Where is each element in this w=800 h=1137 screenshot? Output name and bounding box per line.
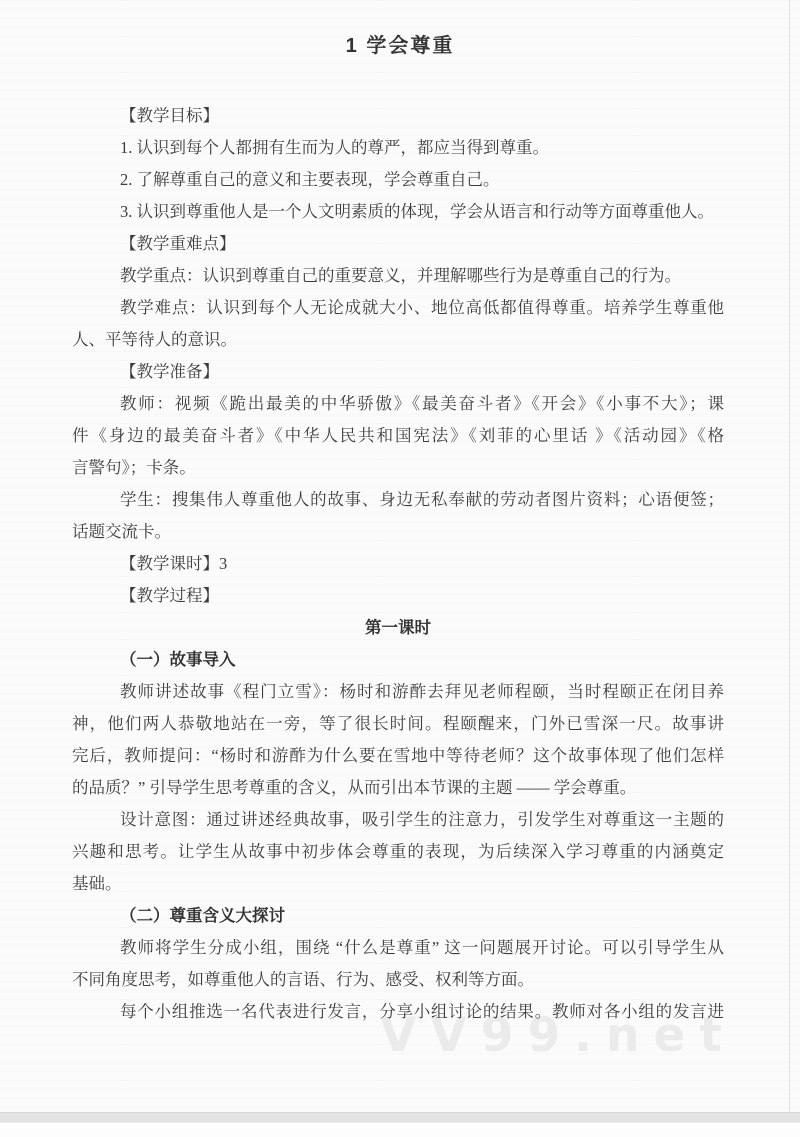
doc-line: 3. 认识到尊重他人是一个人文明素质的体现，学会从语言和行动等方面尊重他人。 — [72, 196, 724, 228]
doc-line: 不同角度思考，如尊重他人的言语、行为、感受、权利等方面。 — [72, 964, 724, 996]
doc-line: 教师将学生分成小组，围绕 “什么是尊重” 这一问题展开讨论。可以引导学生从 — [72, 932, 724, 964]
next-page-top — [0, 1123, 800, 1137]
doc-line: 话题交流卡。 — [72, 516, 724, 548]
doc-line: 的品质？” 引导学生思考尊重的含义，从而引出本节课的主题 —— 学会尊重。 — [72, 772, 724, 804]
page-separator — [0, 1112, 800, 1123]
doc-line: 设计意图：通过讲述经典故事，吸引学生的注意力，引发学生对尊重这一主题的 — [72, 804, 724, 836]
doc-line: 完后，教师提问：“杨时和游酢为什么要在雪地中等待老师？这个故事体现了他们怎样 — [72, 740, 724, 772]
doc-line: 1. 认识到每个人都拥有生而为人的尊严，都应当得到尊重。 — [72, 132, 724, 164]
section-heading: 【教学准备】 — [72, 356, 724, 388]
doc-line: 2. 了解尊重自己的意义和主要表现，学会尊重自己。 — [72, 164, 724, 196]
doc-line: 件《身边的最美奋斗者》《中华人民共和国宪法》《刘菲的心里话 》《活动园》《格 — [72, 420, 724, 452]
document-page: VV99.net 1 学会尊重 【教学目标】1. 认识到每个人都拥有生而为人的尊… — [0, 0, 800, 1112]
doc-line: 教师讲述故事《程门立雪》：杨时和游酢去拜见老师程颐，当时程颐正在闭目养 — [72, 676, 724, 708]
doc-line: 教师：视频《跪出最美的中华骄傲》《最美奋斗者》《开会》《小事不大》；课 — [72, 388, 724, 420]
section-heading: 【教学课时】3 — [72, 548, 724, 580]
document-body: 【教学目标】1. 认识到每个人都拥有生而为人的尊严，都应当得到尊重。2. 了解尊… — [72, 100, 724, 1028]
page-title: 1 学会尊重 — [0, 33, 800, 59]
session-heading: 第一课时 — [72, 612, 724, 644]
page-edge-line — [789, 0, 790, 1112]
doc-line: 教学重点：认识到尊重自己的重要意义，并理解哪些行为是尊重自己的行为。 — [72, 260, 724, 292]
doc-line: 每个小组推选一名代表进行发言，分享小组讨论的结果。教师对各小组的发言进 — [72, 996, 724, 1028]
section-heading: 【教学过程】 — [72, 580, 724, 612]
doc-line: 言警句》；卡条。 — [72, 452, 724, 484]
doc-line: 教学难点：认识到每个人无论成就大小、地位高低都值得尊重。培养学生尊重他 — [72, 292, 724, 324]
doc-line: 人、平等待人的意识。 — [72, 324, 724, 356]
doc-line: 基础。 — [72, 868, 724, 900]
doc-line: 学生：搜集伟人尊重他人的故事、身边无私奉献的劳动者图片资料；心语便签； — [72, 484, 724, 516]
section-heading: 【教学重难点】 — [72, 228, 724, 260]
section-heading: 【教学目标】 — [72, 100, 724, 132]
activity-heading: （二）尊重含义大探讨 — [72, 900, 724, 932]
doc-line: 兴趣和思考。让学生从故事中初步体会尊重的表现，为后续深入学习尊重的内涵奠定 — [72, 836, 724, 868]
activity-heading: （一）故事导入 — [72, 644, 724, 676]
doc-line: 神，他们两人恭敬地站在一旁，等了很长时间。程颐醒来，门外已雪深一尺。故事讲 — [72, 708, 724, 740]
